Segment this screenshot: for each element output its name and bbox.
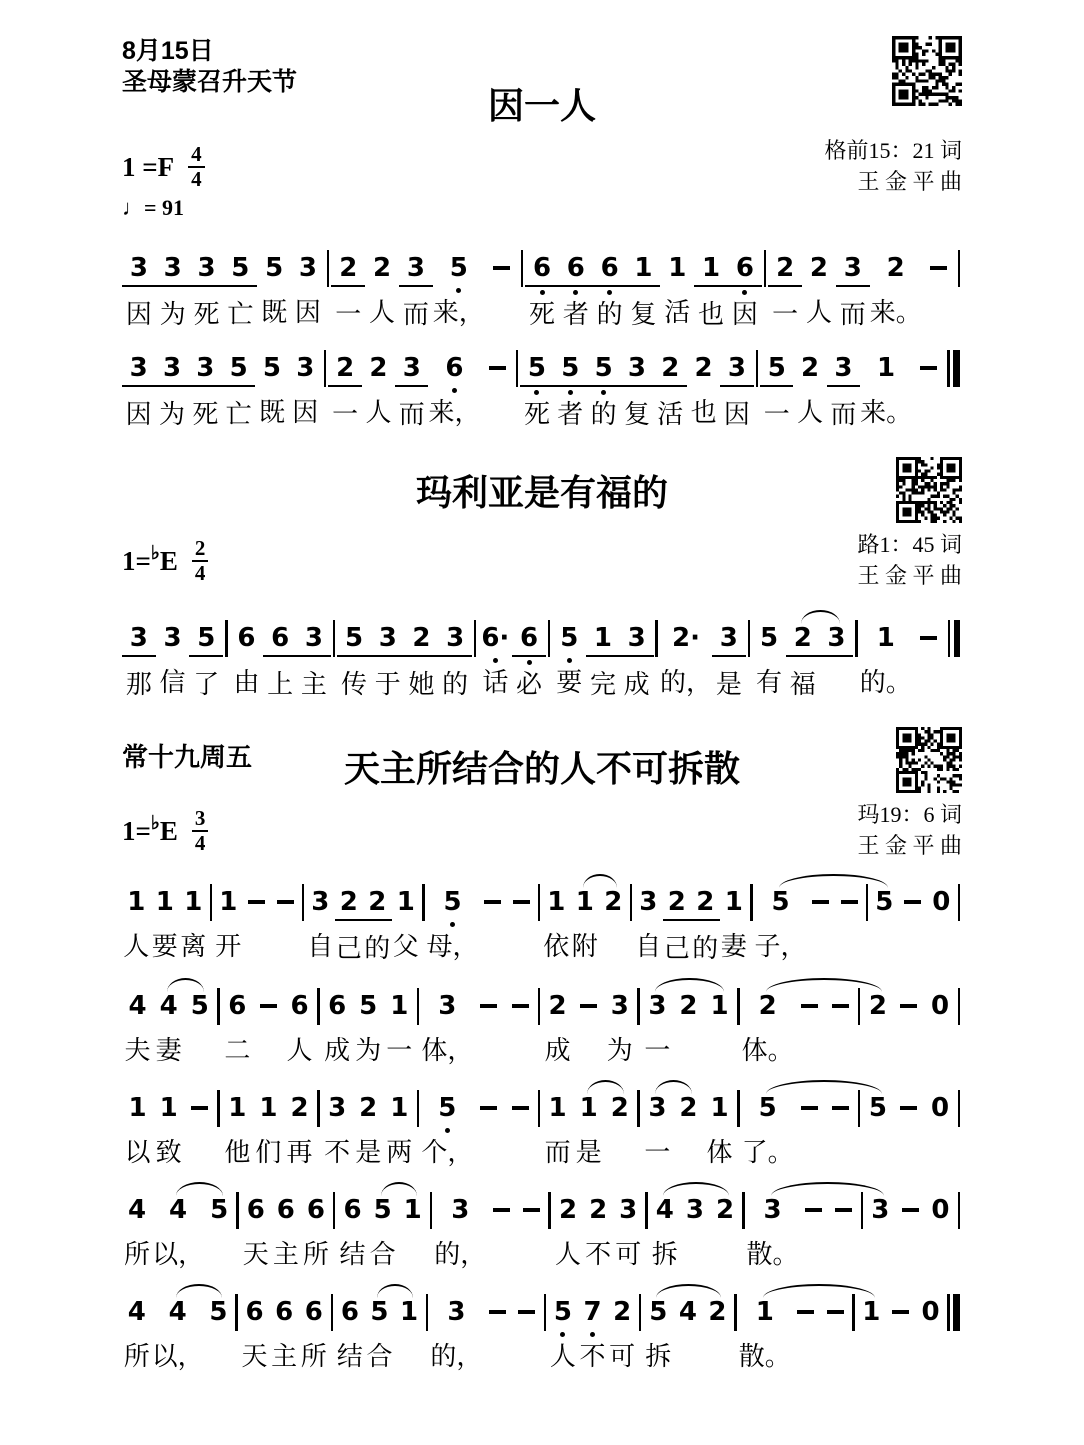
dash	[835, 885, 864, 963]
dash	[271, 885, 300, 963]
note-digit: 1	[390, 991, 408, 1021]
lyric-syllable: 以，	[152, 1238, 204, 1271]
song-1-key-block: 1 = F 4 4 ♩= 91	[122, 135, 205, 221]
lyric-syllable: 子，	[755, 930, 807, 963]
lyric-syllable: 复	[627, 298, 661, 331]
lyric-syllable: 来。	[870, 296, 922, 329]
note: 6	[335, 1295, 365, 1329]
note: 5	[427, 885, 479, 919]
note-digit: 1	[634, 253, 652, 283]
note: 5	[189, 621, 223, 657]
note: 1	[542, 885, 571, 919]
note-digit: 0	[921, 1297, 939, 1327]
note-group: 1是	[573, 1091, 604, 1169]
note: 6	[269, 1295, 299, 1329]
dash	[504, 989, 535, 1067]
note-group: 1	[704, 989, 735, 1067]
note-digit: 5	[197, 623, 215, 653]
note-digit: 4	[169, 1195, 187, 1225]
lyric-syllable	[710, 1238, 740, 1271]
lyric-syllable	[820, 668, 854, 701]
music-line-3: 1以1致1他1们2再3不2是1两5个，1而1是23一21体5了。50	[122, 1075, 962, 1169]
octave-dot	[452, 388, 457, 393]
lyric-syllable: 夫	[122, 1034, 153, 1067]
lyric-syllable: 而	[542, 1136, 573, 1169]
note: 2	[365, 251, 399, 285]
note-digit: 4	[128, 1297, 146, 1327]
note: 5	[204, 1193, 234, 1227]
lyric-syllable: 离	[179, 930, 208, 963]
note: 3	[395, 351, 428, 387]
note: 3	[190, 251, 224, 287]
note: 6	[728, 251, 762, 287]
note-digit: 6	[445, 353, 463, 383]
slur	[766, 1080, 882, 1094]
note: 2	[691, 885, 720, 921]
music-line-4: 4所4以，56天6主6所6结5合13的，2人2不3可4拆323散。30	[122, 1177, 962, 1271]
key-prefix: 1=	[122, 816, 151, 847]
music-line-5: 4所4以，56天6主6所6结5合13的，5人7不2可5拆421散。10	[122, 1279, 962, 1373]
note-group: 3体，	[421, 989, 473, 1067]
song-3-header: 常十九周五 天主所结合的人不可拆散	[122, 727, 962, 793]
note: 1	[384, 1091, 415, 1125]
note-digit: 6	[328, 991, 346, 1021]
lyric-syllable	[925, 1238, 955, 1271]
dash	[253, 989, 284, 1067]
composer: 王 金 平 曲	[857, 560, 962, 591]
dash	[825, 1091, 856, 1169]
lyric-syllable: 话	[478, 666, 512, 699]
note-group: 1妻	[720, 885, 749, 963]
note-group: 2	[703, 1295, 733, 1373]
note-group: 6主	[269, 1295, 299, 1373]
note: 1	[222, 1091, 253, 1125]
lyric-syllable: 人	[365, 296, 399, 329]
lyric-syllable: 体，	[421, 1034, 473, 1067]
note-group: 1	[398, 1193, 428, 1271]
dash	[807, 885, 836, 963]
note: 1	[179, 885, 208, 919]
note-digit: 6	[533, 253, 551, 283]
slur	[663, 1182, 729, 1196]
note: 3	[620, 621, 654, 657]
note-digit: 1	[877, 353, 895, 383]
lyric-syllable	[673, 1034, 704, 1067]
note: 2	[607, 1295, 637, 1329]
lyric-syllable: 己	[663, 932, 692, 965]
note-digit: 2	[679, 1093, 697, 1123]
note-digit: 1	[756, 1297, 774, 1327]
note-group: 4所	[122, 1295, 152, 1373]
song-1-credits: 格前15：21 词 王 金 平 曲	[824, 135, 962, 197]
note-digit: 2	[679, 991, 697, 1021]
note: 5	[587, 351, 620, 387]
note-group: 3因	[291, 251, 325, 329]
octave-dot	[456, 288, 461, 293]
note-group: 3的，	[434, 1193, 486, 1271]
note-digit: 3	[163, 353, 181, 383]
note-group: 4	[673, 1295, 703, 1373]
note-digit: 6	[271, 623, 289, 653]
slur	[801, 610, 841, 624]
note-group: 1两	[384, 1091, 415, 1169]
note-digit: 5	[450, 253, 468, 283]
barline	[956, 1193, 963, 1271]
note-digit: 3	[447, 1297, 465, 1327]
note: 1	[660, 251, 694, 285]
note: 5	[223, 251, 257, 287]
note-digit: 2	[708, 1297, 726, 1327]
note-digit: 3	[164, 253, 182, 283]
lyric-syllable: 因	[291, 296, 325, 329]
note-group: 5既	[255, 351, 288, 429]
lyric-syllable: 结	[337, 1238, 367, 1271]
note-group: 1离	[179, 885, 208, 963]
lyric-syllable: 一	[331, 298, 365, 331]
composer: 王 金 平 曲	[824, 166, 962, 197]
lyric-syllable: 结	[335, 1340, 365, 1373]
note-group: 3因3为	[122, 351, 189, 431]
note-digit: 6	[245, 1297, 263, 1327]
octave-dot	[742, 290, 747, 295]
note-digit: 5	[359, 991, 377, 1021]
note-digit: 2	[359, 1093, 377, 1123]
note-group: 3死5亡	[189, 351, 256, 431]
note-digit: 2	[549, 991, 567, 1021]
note: 3	[291, 251, 325, 285]
lyricist: 格前15：21 词	[824, 135, 962, 166]
note: 1	[694, 251, 728, 287]
song-1-date-block: 8月15日 圣母蒙召升天节	[122, 36, 488, 98]
note-digit: 5	[345, 623, 363, 653]
note: 6	[322, 989, 353, 1023]
dash	[820, 1295, 850, 1373]
slur	[766, 978, 882, 992]
note-digit: 5	[191, 991, 209, 1021]
lyric-syllable: 的。	[860, 666, 912, 699]
note-digit: 3	[871, 1195, 889, 1225]
song-2: 玛利亚是有福的 1= ♭ E 2 4 路1：45 词 王 金 平 曲 3	[122, 457, 962, 701]
dash	[893, 1091, 924, 1169]
note-digit: 4	[656, 1195, 674, 1225]
lyric-syllable: 的	[587, 398, 620, 431]
note-group: 6人	[284, 989, 315, 1067]
lyric-syllable: 活	[660, 296, 694, 329]
note: 1	[122, 885, 151, 919]
note-group: 2	[673, 1091, 704, 1169]
note-digit: 1	[702, 253, 720, 283]
note: 1	[586, 621, 620, 657]
meter-denominator: 4	[191, 168, 202, 191]
note: 5	[184, 989, 215, 1023]
note-group: 5	[204, 1193, 234, 1271]
lyric-syllable: 天	[241, 1238, 271, 1271]
lyric-syllable: 一	[642, 1136, 673, 1169]
lyric-syllable: 人	[802, 296, 836, 329]
note: 4	[153, 989, 184, 1023]
note-group: 6的1复	[593, 251, 661, 331]
note-group: 6上3主	[263, 621, 330, 701]
lyric-syllable: 他	[222, 1136, 253, 1169]
note-digit: 3	[305, 623, 323, 653]
lyric-syllable: 必	[512, 668, 546, 701]
lyric-syllable: 以	[122, 1136, 153, 1169]
lyric-syllable: 妻	[153, 1034, 184, 1067]
note-group: 1	[394, 1295, 424, 1373]
lyric-syllable	[599, 930, 628, 963]
meter-denominator: 4	[195, 832, 206, 855]
note: 2	[870, 251, 922, 285]
note: 2	[405, 621, 439, 657]
note-group: 1而	[542, 1091, 573, 1169]
note-digit: 3	[686, 1195, 704, 1225]
lyric-syllable: 主	[269, 1340, 299, 1373]
dash	[895, 1193, 925, 1271]
note: 5	[643, 1295, 673, 1329]
note: 3	[399, 251, 433, 287]
octave-dot	[607, 290, 612, 295]
note-digit: 6	[277, 1195, 295, 1225]
note: 1	[398, 1193, 428, 1227]
lyric-syllable: 二	[222, 1034, 253, 1067]
note: 6	[559, 251, 593, 287]
note: 4	[122, 1193, 152, 1227]
note: 3	[827, 351, 860, 387]
lyric-syllable: 人	[122, 930, 151, 963]
slur	[381, 1182, 417, 1196]
note: 2	[331, 251, 365, 287]
note: 2	[862, 989, 893, 1023]
note-digit: 3	[311, 887, 329, 917]
lyric-syllable: 信	[156, 666, 190, 699]
note-digit: 1	[862, 1297, 880, 1327]
note-digit: 1	[576, 887, 594, 917]
note-digit: 3	[196, 353, 214, 383]
lyric-syllable: 来，	[433, 296, 485, 329]
note-digit: 1	[219, 887, 237, 917]
note-group: 5要	[552, 621, 586, 699]
lyric-syllable: 不	[583, 1238, 613, 1271]
meter-numerator: 2	[192, 537, 209, 562]
note-digit: 3	[628, 353, 646, 383]
note-group: 6由	[230, 621, 264, 699]
note-digit: 1	[160, 1093, 178, 1123]
lyric-syllable: 的	[363, 932, 392, 965]
lyric-syllable	[870, 930, 899, 963]
note-digit: 5	[230, 353, 248, 383]
note-group: 1也6因	[694, 251, 762, 331]
note-digit: 5	[231, 253, 249, 283]
note: 6	[525, 251, 559, 287]
lyric-syllable: 合	[365, 1340, 395, 1373]
lyric-syllable: 来，	[428, 396, 480, 429]
note-digit: 1	[400, 1297, 418, 1327]
note-group: 2再	[284, 1091, 315, 1169]
lyric-syllable: 一	[768, 298, 802, 331]
lyric-syllable: 人	[548, 1340, 578, 1373]
note-digit: 6	[305, 1297, 323, 1327]
song-3-subheader: 1= ♭ E 3 4 玛19：6 词 王 金 平 曲	[122, 799, 962, 861]
note-digit: 5	[443, 887, 461, 917]
note: 1	[704, 989, 735, 1023]
slur	[771, 1182, 885, 1196]
note-digit: 5	[263, 353, 281, 383]
dash	[486, 1193, 516, 1271]
note: 6	[428, 351, 480, 385]
note: 6	[241, 1193, 271, 1227]
note: 3	[122, 251, 156, 287]
lyric-syllable: 开	[214, 930, 243, 963]
note-digit: 5	[560, 623, 578, 653]
note: 2	[703, 1295, 733, 1329]
note-digit: 1	[725, 887, 743, 917]
note: 2	[768, 251, 802, 287]
dash	[184, 1091, 215, 1169]
note-group: 6所	[301, 1193, 331, 1271]
note-group: 1体	[704, 1091, 735, 1169]
note-digit: 5	[649, 1297, 667, 1327]
note: 3	[155, 351, 188, 387]
lyric-syllable: 传	[337, 668, 371, 701]
note-digit: 2	[613, 1297, 631, 1327]
octave-dot	[534, 390, 539, 395]
note-group: 2人	[365, 251, 399, 329]
song-1-feast: 圣母蒙召升天节	[122, 67, 488, 98]
octave-dot	[573, 290, 578, 295]
lyric-syllable: 活	[654, 398, 687, 431]
lyric-syllable: 一	[384, 1034, 415, 1067]
note-digit: 2	[695, 353, 713, 383]
note: 3	[712, 621, 746, 657]
dash	[504, 1091, 535, 1169]
lyric-syllable: 成	[620, 668, 654, 701]
note: 3	[720, 351, 753, 387]
note: 5	[552, 621, 586, 655]
note: 1	[860, 621, 912, 655]
note-digit: 1	[397, 887, 415, 917]
note-group: 0	[925, 1193, 955, 1271]
lyric-syllable	[680, 1238, 710, 1271]
note: 1	[151, 885, 180, 919]
lyric-syllable: 的，	[430, 1340, 482, 1373]
note: 3	[438, 621, 472, 657]
note-group: 3	[680, 1193, 710, 1271]
note-digit: 6	[520, 623, 538, 653]
key-prefix: 1 =	[122, 152, 158, 183]
note-group: 2	[862, 989, 893, 1067]
song-2-header: 玛利亚是有福的	[122, 457, 962, 523]
lyric-syllable: 一	[760, 398, 793, 431]
note-digit: 3	[197, 253, 215, 283]
note: 2·	[660, 621, 712, 655]
time-signature: 2 4	[192, 537, 209, 585]
note-group: 5了	[189, 621, 223, 701]
lyric-syllable: 要	[552, 666, 586, 699]
lyric-syllable: 自	[306, 930, 335, 963]
lyric-syllable: 因	[728, 298, 762, 331]
note-digit: 5	[265, 253, 283, 283]
note: 5	[353, 989, 384, 1023]
note: 3	[156, 251, 190, 287]
note: 1	[253, 1091, 284, 1125]
note: 2	[583, 1193, 613, 1227]
slur	[655, 978, 723, 992]
note: 6	[240, 1295, 270, 1329]
note-group: 3那	[122, 621, 156, 701]
note: 5	[548, 1295, 578, 1329]
note-digit: 3	[407, 253, 425, 283]
octave-dot	[445, 1128, 450, 1133]
note: 5	[554, 351, 587, 387]
lyric-syllable: 死	[520, 398, 553, 431]
dash	[829, 1193, 859, 1271]
note-digit: 4	[679, 1297, 697, 1327]
note: 4	[122, 1295, 152, 1329]
note-digit: 5	[760, 623, 778, 653]
note-group: 2活	[654, 351, 687, 431]
note-group: 1以	[122, 1091, 153, 1169]
note-digit: 0	[931, 1093, 949, 1123]
lyric-syllable: 是	[353, 1136, 384, 1169]
note-group: 1散。	[739, 1295, 791, 1373]
note-digit: 6	[341, 1297, 359, 1327]
lyricist: 路1：45 词	[857, 529, 962, 560]
note: 2	[553, 1193, 583, 1227]
dash	[479, 885, 508, 963]
note: 3	[306, 885, 335, 919]
note: 2	[687, 351, 720, 385]
note-digit: 3	[827, 623, 845, 653]
note-digit: 6	[247, 1195, 265, 1225]
note: 0	[925, 1091, 956, 1125]
note: 6	[263, 621, 297, 657]
octave-dot	[527, 660, 532, 665]
barline	[956, 251, 963, 329]
note-group: 5死5者	[520, 351, 587, 431]
note-digit: 5	[374, 1195, 392, 1225]
note-digit: 6	[567, 253, 585, 283]
note-digit: 3	[130, 353, 148, 383]
note: 1	[860, 351, 912, 385]
note-digit: 3	[728, 353, 746, 383]
note-group: 6成	[322, 989, 353, 1067]
note-digit: 1	[156, 887, 174, 917]
note-digit: 3	[130, 623, 148, 653]
slur	[656, 1284, 721, 1298]
note-digit: 3	[611, 991, 629, 1021]
note-digit: 3	[619, 1195, 637, 1225]
key-signature: 1= ♭ E 2 4	[122, 537, 208, 585]
lyric-syllable: 再	[284, 1136, 315, 1169]
note: 2	[786, 621, 820, 657]
lyric-syllable: 而	[395, 398, 428, 431]
note: 2	[654, 351, 687, 387]
lyric-syllable	[925, 1034, 956, 1067]
meter-numerator: 4	[188, 143, 205, 168]
note: 2	[604, 1091, 635, 1125]
note-group: 6死6者	[525, 251, 593, 331]
note-group: 1来。	[860, 351, 912, 429]
note-group: 0	[927, 885, 956, 963]
note: 3	[865, 1193, 895, 1227]
note-digit: 3	[628, 623, 646, 653]
note-group: 5拆	[643, 1295, 673, 1373]
lyric-syllable: 于	[371, 668, 405, 701]
note: 2	[710, 1193, 740, 1227]
note-digit: 6·	[481, 623, 509, 653]
note: 3	[434, 1193, 486, 1227]
song-2-title: 玛利亚是有福的	[416, 465, 668, 516]
